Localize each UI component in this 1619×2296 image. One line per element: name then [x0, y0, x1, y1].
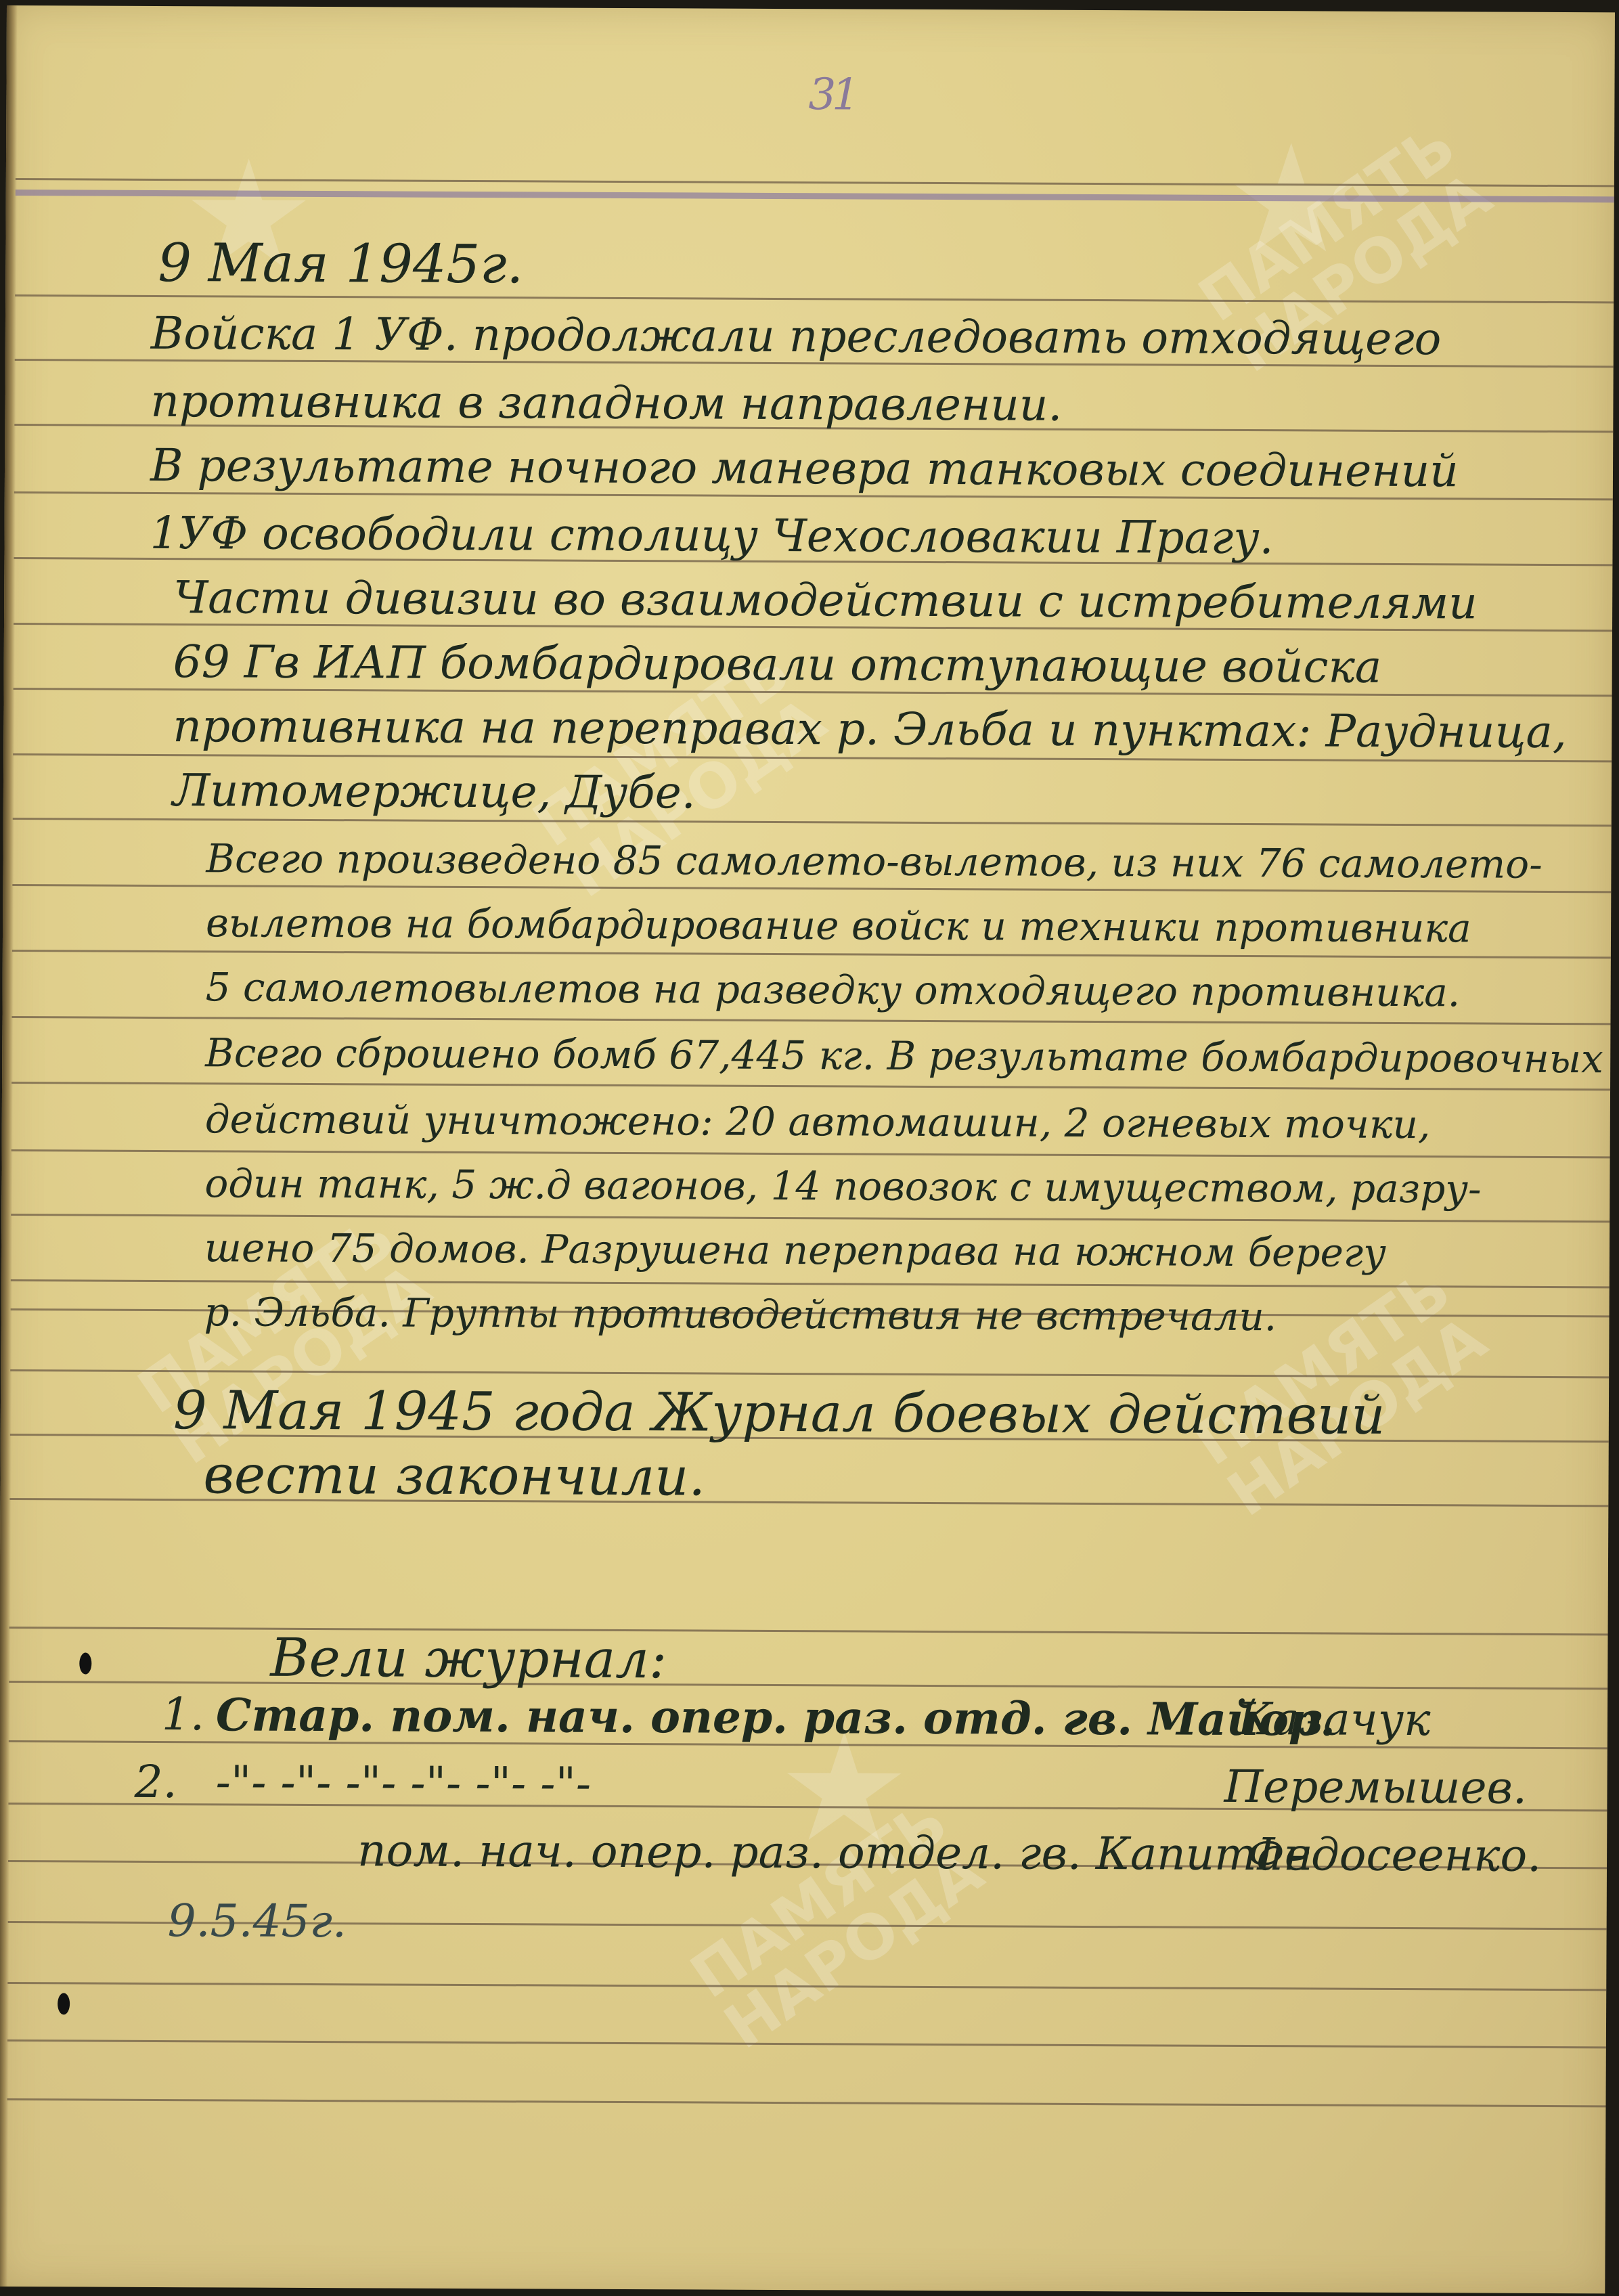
rule-line	[10, 1369, 1609, 1378]
signatures-heading: Вели журнал:	[270, 1628, 667, 1691]
signature-position: -"- -"- -"- -"- -"- -"-	[215, 1756, 591, 1809]
closing-line: вести закончили.	[203, 1444, 705, 1507]
rule-line	[16, 178, 1614, 187]
header-rule-line	[16, 190, 1614, 202]
text-line: противника на переправах р. Эльба и пунк…	[173, 700, 1567, 758]
rule-line	[13, 818, 1612, 826]
rule-line	[11, 1214, 1610, 1222]
page-number: 31	[808, 70, 856, 120]
text-line: 69 Гв ИАП бомбардировали отступающие вой…	[173, 636, 1382, 693]
rule-line	[11, 1279, 1610, 1288]
signature-name: Федосеенко.	[1247, 1828, 1541, 1882]
rule-line	[7, 2039, 1606, 2048]
text-line: Части дивизии во взаимодействии с истреб…	[173, 571, 1478, 629]
rule-line	[12, 1082, 1610, 1090]
signature-position: пом. нач. опер. раз. отдел. гв. Капитан	[357, 1824, 1313, 1880]
punch-hole	[58, 1993, 70, 2014]
closing-line: 9 Мая 1945 года Журнал боевых действий	[173, 1380, 1385, 1447]
rule-line	[15, 294, 1614, 303]
signature-position: Стар. пом. нач. опер. раз. отд. гв. Майо…	[216, 1688, 1335, 1746]
text-line: Всего произведено 85 самолето-вылетов, и…	[206, 835, 1543, 887]
text-line: В результате ночного маневра танковых со…	[150, 439, 1459, 497]
punch-hole	[79, 1652, 91, 1674]
signature-number: 2.	[134, 1756, 177, 1808]
signature-name: Казачук	[1238, 1693, 1431, 1746]
rule-line	[7, 2098, 1605, 2107]
text-line: вылетов на бомбардирование войск и техни…	[206, 900, 1471, 951]
text-line: Войска 1 УФ. продолжали преследовать отх…	[151, 307, 1442, 365]
rule-line	[12, 1016, 1610, 1025]
signature-number: 1.	[162, 1688, 204, 1740]
text-line: Всего сброшено бомб 67,445 кг. В результ…	[205, 1030, 1603, 1082]
text-line: 1УФ освободили столицу Чехословакии Праг…	[150, 507, 1273, 564]
rule-line	[12, 1149, 1610, 1158]
rule-line	[7, 1982, 1606, 1991]
entry-date: 9 Мая 1945г.	[158, 233, 523, 295]
signature-date: 9.5.45г.	[167, 1895, 347, 1947]
rule-line	[9, 1627, 1608, 1635]
text-line: действий уничтожено: 20 автомашин, 2 огн…	[205, 1096, 1431, 1147]
text-line: один танк, 5 ж.д вагонов, 14 повозок с и…	[204, 1160, 1481, 1212]
text-line: противника в западном направлении.	[150, 375, 1062, 431]
text-line: 5 самолетовылетов на разведку отходящего…	[206, 964, 1461, 1015]
text-line: Литомержице, Дубе.	[173, 764, 696, 818]
binding-edge	[0, 5, 18, 2287]
rule-line	[12, 950, 1611, 958]
signature-name: Перемышев.	[1224, 1761, 1527, 1814]
text-line: р. Эльба. Группы противодействия не встр…	[204, 1289, 1277, 1340]
document-page: ★ ПАМЯТЬ НАРОДА ПАМЯТЬ НАРОДА ПАМЯТЬ НАР…	[0, 5, 1615, 2293]
text-line: шено 75 домов. Разрушена переправа на юж…	[204, 1224, 1386, 1276]
